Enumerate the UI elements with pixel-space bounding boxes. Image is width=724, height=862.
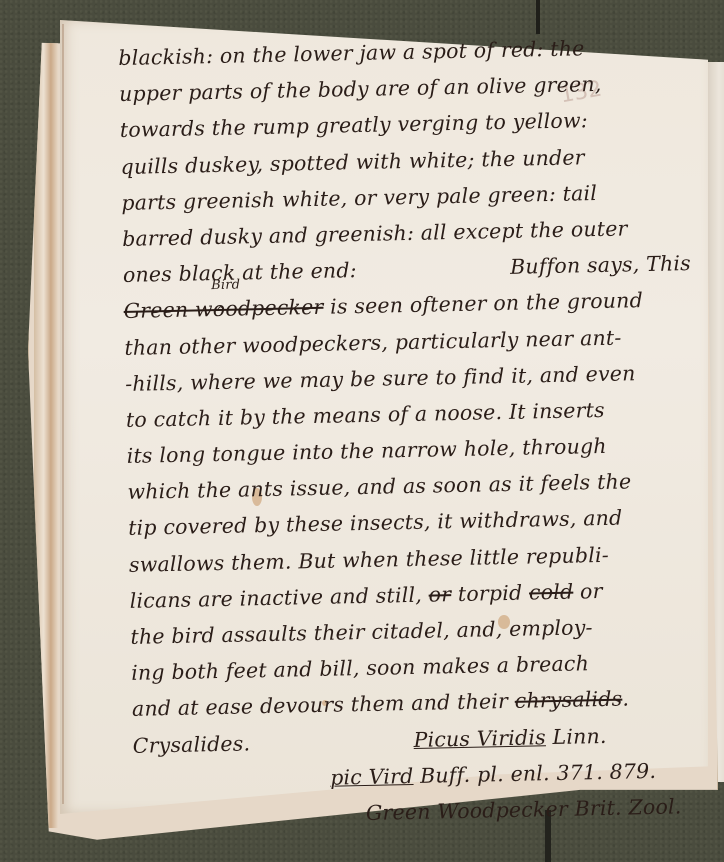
text-fragment: is seen oftener on the ground [330, 288, 643, 319]
struck-text: cold [529, 579, 574, 604]
manuscript-text: blackish: on the lower jaw a spot of red… [118, 28, 724, 836]
page-edge-shadow [62, 24, 64, 804]
french-name: pic Vird [330, 764, 414, 790]
spacer [134, 820, 359, 825]
struck-text: or [428, 582, 451, 606]
text-fragment: torpid [458, 580, 523, 605]
spacer [257, 747, 407, 750]
struck-text: chrysalids [515, 687, 623, 713]
text-fragment: Buffon says, This [510, 251, 691, 279]
caret-mark: ^ [216, 305, 227, 317]
french-reference: Buff. pl. enl. 371. 879. [420, 759, 656, 788]
text-fragment: and at ease devours them and their [132, 689, 509, 721]
english-reference: Green Woodpecker Brit. Zool. [366, 794, 682, 825]
latin-name: Picus Viridis [413, 725, 546, 752]
text-fragment: Crysalides. [133, 731, 251, 757]
text-fragment: or [580, 579, 603, 603]
insertion-word: Bird [211, 279, 240, 293]
table-seam [536, 0, 540, 34]
text-fragment: licans are inactive and still, [129, 583, 422, 613]
latin-authority: Linn. [552, 723, 607, 748]
spacer [364, 274, 504, 277]
spacer [134, 785, 324, 789]
